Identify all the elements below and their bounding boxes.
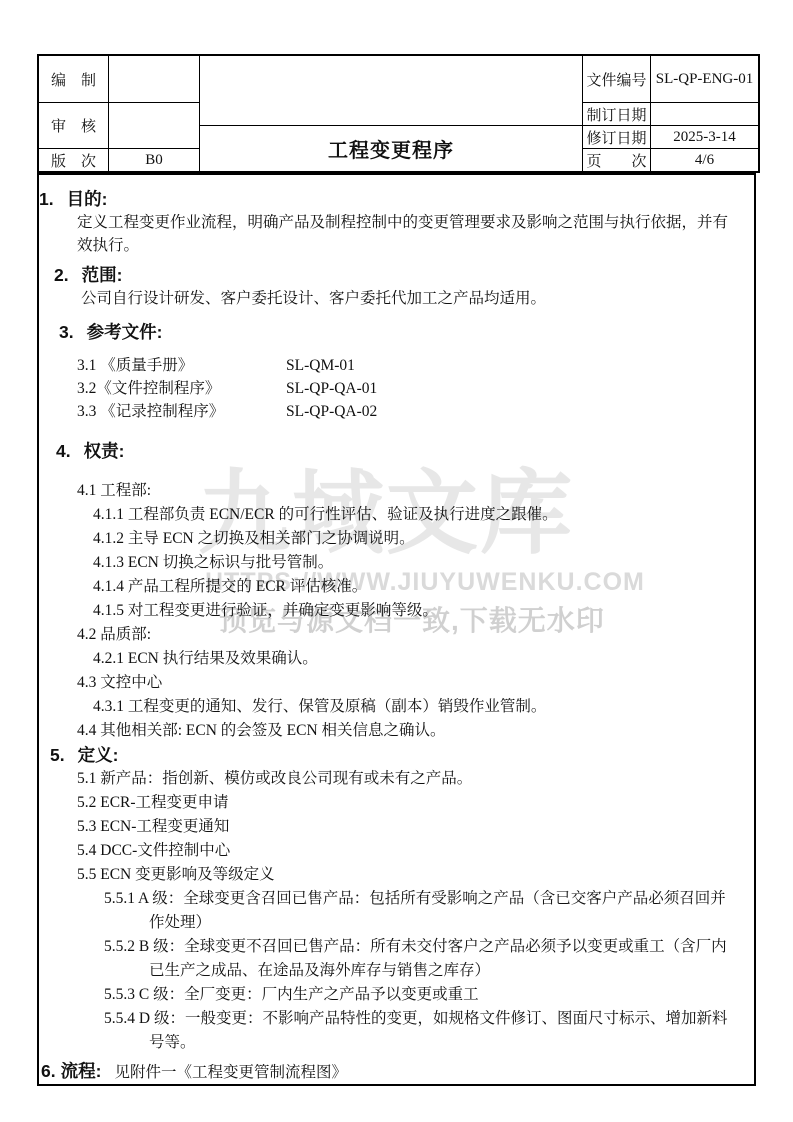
doc-body: 1.目的: 定义工程变更作业流程，明确产品及制程控制中的变更管理要求及影响之范围… — [37, 173, 756, 1086]
list-item: 4.1.1 工程部负责 ECN/ECR 的可行性评估、验证及执行进度之跟催。 — [93, 503, 740, 527]
list-item: 5.5.3 C 级：全厂变更：厂内生产之产品予以变更或重工 — [39, 983, 740, 1007]
list-item: 4.1 工程部: — [77, 479, 740, 503]
list-item: 5.5.1 A 级：全球变更含召回已售产品：包括所有受影响之产品（含已交客户产品… — [39, 887, 740, 935]
reference-name: 3.1 《质量手册》 — [77, 354, 286, 377]
section-2-number: 2. — [54, 263, 69, 287]
list-item: 4.2.1 ECN 执行结果及效果确认。 — [93, 647, 740, 671]
reviewed-by-value — [109, 103, 200, 149]
responsibility-list: 4.1 工程部: 4.1.1 工程部负责 ECN/ECR 的可行性评估、验证及执… — [39, 479, 740, 743]
list-item: 4.1.3 ECN 切换之标识与批号管制。 — [93, 551, 740, 575]
prepared-by-value — [109, 56, 200, 103]
section-1-title: 目的: — [67, 189, 108, 209]
created-date-label: 制订日期 — [583, 103, 651, 126]
reference-code: SL-QP-QA-02 — [286, 400, 377, 423]
section-3-number: 3. — [59, 320, 74, 344]
reference-item: 3.1 《质量手册》 SL-QM-01 — [77, 354, 740, 377]
prepared-by-label: 编 制 — [39, 56, 109, 103]
doc-number-label: 文件编号 — [583, 56, 651, 103]
section-1-paragraph: 定义工程变更作业流程，明确产品及制程控制中的变更管理要求及影响之范围与执行依据，… — [77, 211, 740, 257]
revised-date-label: 修订日期 — [583, 126, 651, 149]
created-date-value — [651, 103, 758, 126]
list-item: 4.1.4 产品工程所提交的 ECR 评估核准。 — [93, 575, 740, 599]
page-title: 工程变更程序 — [328, 134, 454, 163]
list-item: 4.1.5 对工程变更进行验证，并确定变更影响等级。 — [93, 599, 740, 623]
reviewed-by-label: 审 核 — [39, 103, 109, 149]
reference-item: 3.2《文件控制程序》 SL-QP-QA-01 — [77, 377, 740, 400]
section-3-title: 参考文件: — [87, 322, 163, 342]
list-item: 5.5 ECN 变更影响及等级定义 — [77, 863, 740, 887]
version-value: B0 — [109, 149, 200, 171]
revised-date-value: 2025-3-14 — [651, 126, 758, 149]
version-label: 版 次 — [39, 149, 109, 171]
reference-code: SL-QP-QA-01 — [286, 377, 377, 400]
section-5-number: 5. — [50, 743, 65, 767]
list-item: 5.4 DCC-文件控制中心 — [77, 839, 740, 863]
section-5-title: 定义: — [78, 745, 119, 765]
list-item: 4.3 文控中心 — [77, 671, 740, 695]
list-item: 5.3 ECN-工程变更通知 — [77, 815, 740, 839]
header-blank-cell — [200, 56, 583, 126]
section-4-heading: 4.权责: — [56, 439, 740, 463]
section-1-heading: 1.目的: — [39, 187, 740, 211]
reference-code: SL-QM-01 — [286, 354, 355, 377]
section-6-title: 流程: — [61, 1061, 102, 1081]
section-3-heading: 3.参考文件: — [59, 320, 740, 344]
section-4-title: 权责: — [84, 441, 125, 461]
section-6-number: 6. — [41, 1059, 56, 1083]
section-4-number: 4. — [56, 439, 71, 463]
list-item: 4.2 品质部: — [77, 623, 740, 647]
reference-name: 3.3 《记录控制程序》 — [77, 400, 286, 423]
list-item: 4.1.2 主导 ECN 之切换及相关部门之协调说明。 — [93, 527, 740, 551]
section-2-paragraph: 公司自行设计研发、客户委托设计、客户委托代加工之产品均适用。 — [81, 287, 740, 310]
reference-list: 3.1 《质量手册》 SL-QM-01 3.2《文件控制程序》 SL-QP-QA… — [77, 354, 740, 423]
page-number-value: 4/6 — [651, 149, 758, 171]
section-2-heading: 2.范围: — [54, 263, 740, 287]
section-1-number: 1. — [39, 187, 54, 211]
reference-name: 3.2《文件控制程序》 — [77, 377, 286, 400]
section-6-text: 见附件一《工程变更管制流程图》 — [114, 1064, 347, 1081]
list-item: 4.4 其他相关部: ECN 的会签及 ECN 相关信息之确认。 — [77, 719, 740, 743]
doc-number-value: SL-QP-ENG-01 — [651, 56, 758, 103]
list-item: 5.2 ECR-工程变更申请 — [77, 791, 740, 815]
document-title-cell: 工程变更程序 — [200, 126, 583, 171]
list-item: 4.3.1 工程变更的通知、发行、保管及原稿（副本）销毁作业管制。 — [93, 695, 740, 719]
reference-item: 3.3 《记录控制程序》 SL-QP-QA-02 — [77, 400, 740, 423]
page-number-label: 页 次 — [583, 149, 651, 171]
list-item: 5.5.4 D 级：一般变更：不影响产品特性的变更，如规格文件修订、图面尺寸标示… — [39, 1007, 740, 1055]
section-5-heading: 5.定义: — [50, 743, 740, 767]
definition-list: 5.1 新产品：指创新、模仿或改良公司现有或未有之产品。 5.2 ECR-工程变… — [39, 767, 740, 1055]
list-item: 5.1 新产品：指创新、模仿或改良公司现有或未有之产品。 — [77, 767, 740, 791]
section-2-title: 范围: — [82, 265, 123, 285]
document-page: 九域文库 HTTPS://WWW.JIUYUWENKU.COM 预览与源文档一致… — [0, 0, 793, 1122]
section-6-heading: 6.流程:见附件一《工程变更管制流程图》 — [41, 1059, 740, 1085]
list-item: 5.5.2 B 级：全球变更不召回已售产品：所有未交付客户之产品必须予以变更或重… — [39, 935, 740, 983]
doc-header-table: 编 制 审 核 版 次 B0 工程变更程序 文件编号 SL-QP-ENG-01 … — [37, 54, 760, 173]
